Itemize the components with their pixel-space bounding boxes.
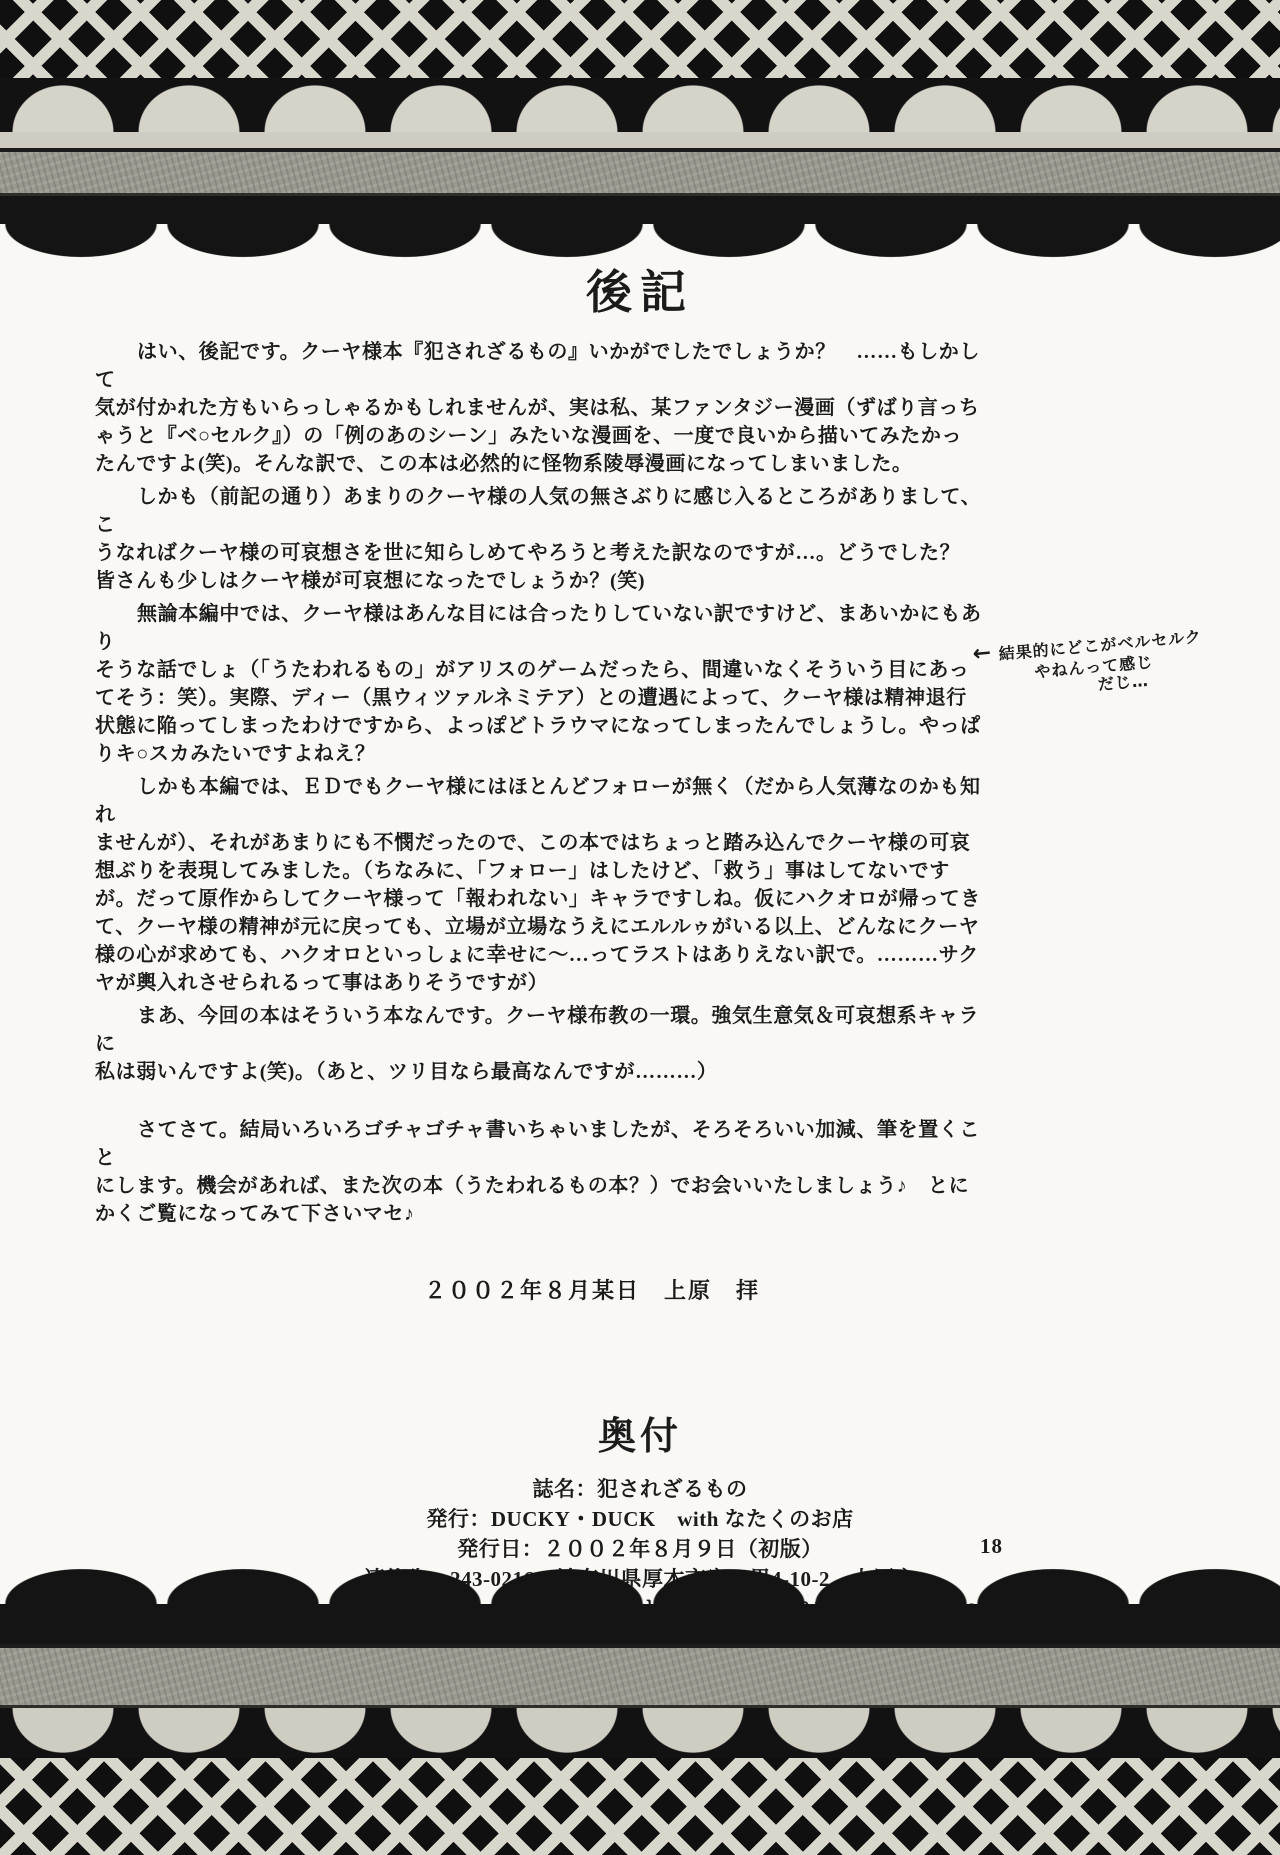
top-texture-band	[0, 148, 1280, 196]
signature-line: ２００２年８月某日 上原 拝	[0, 1274, 1232, 1305]
text-line: さてさて。結局いろいろゴチャゴチャ書いちゃいましたが、そろそろいい加減、筆を置く…	[95, 1116, 987, 1172]
page-content: 後記 はい、後記です。クーヤ様本『犯されざるもの』いかがでしたでしょうか？ ………	[0, 256, 1280, 1714]
afterword-paragraphs: はい、後記です。クーヤ様本『犯されざるもの』いかがでしたでしょうか？ ……もしか…	[95, 338, 987, 1228]
left-arrow-icon: ←	[972, 642, 993, 665]
bottom-black-band	[0, 1604, 1280, 1644]
text-line: たんですよ(笑)。そんな訳で、この本は必然的に怪物系陵辱漫画になってしまいました…	[95, 450, 987, 478]
text-line: 様の心が求めても、ハクオロといっしょに幸せに～…ってラストはありえない訳で。………	[95, 941, 987, 969]
paragraph: まあ、今回の本はそういう本なんです。クーヤ様布教の一環。強気生意気＆可哀想系キャ…	[95, 1002, 987, 1086]
text-line: て、クーヤ様の精神が元に戻っても、立場が立場なうえにエルルゥがいる以上、どんなに…	[95, 913, 987, 941]
text-line: 想ぶりを表現してみました。（ちなみに、「フォロー」はしたけど、「救う」事はしてな…	[95, 857, 987, 885]
colophon-line: 発行日：２００２年８月９日（初版）	[0, 1534, 1280, 1564]
paragraph: しかも（前記の通り）あまりのクーヤ様の人気の無さぶりに感じ入るところがありまして…	[95, 483, 987, 595]
text-line: が。だって原作からしてクーヤ様って「報われない」キャラですしね。仮にハクオロが帰…	[95, 885, 987, 913]
top-light-strip	[0, 132, 1280, 148]
text-line: にします。機会があれば、また次の本（うたわれるもの本？）でお会いいたしましょう♪…	[95, 1172, 987, 1200]
bottom-lattice-ornament	[0, 1758, 1280, 1855]
text-line: ヤが輿入れさせられるって事はありそうですが）	[95, 969, 987, 997]
top-arch-ornament	[0, 78, 1280, 132]
afterword-title: 後記	[0, 256, 1280, 322]
text-line: 状態に陥ってしまったわけですから、よっぽどトラウマになってしまったんでしょうし。…	[95, 712, 987, 740]
text-line: 気が付かれた方もいらっしゃるかもしれませんが、実は私、某ファンタジー漫画（ずばり…	[95, 394, 987, 422]
text-line: まあ、今回の本はそういう本なんです。クーヤ様布教の一環。強気生意気＆可哀想系キャ…	[95, 1002, 987, 1058]
bottom-scallop-edge	[0, 1568, 1280, 1604]
text-line: 私は弱いんですよ(笑)。（あと、ツリ目なら最高なんですが………）	[95, 1058, 987, 1086]
top-lattice-ornament	[0, 0, 1280, 78]
paragraph: はい、後記です。クーヤ様本『犯されざるもの』いかがでしたでしょうか？ ……もしか…	[95, 338, 987, 478]
page-number: 18	[980, 1534, 1003, 1559]
paragraph: さてさて。結局いろいろゴチャゴチャ書いちゃいましたが、そろそろいい加減、筆を置く…	[95, 1116, 987, 1228]
colophon-title: 奥付	[0, 1405, 1280, 1460]
text-line: そうな話でしょ（「うたわれるもの」がアリスのゲームだったら、間違いなくそういう目…	[95, 656, 987, 684]
text-line: しかも（前記の通り）あまりのクーヤ様の人気の無さぶりに感じ入るところがありまして…	[95, 483, 987, 539]
text-line: りキ○スカみたいですよねえ？	[95, 740, 987, 768]
text-line: うなればクーヤ様の可哀想さを世に知らしめてやろうと考えた訳なのですが…。どうでし…	[95, 539, 987, 567]
colophon-line: 誌名：犯されざるもの	[0, 1474, 1280, 1504]
text-line: かくご覧になってみて下さいマセ♪	[95, 1200, 987, 1228]
paragraph: 無論本編中では、クーヤ様はあんな目には合ったりしていない訳ですけど、まあいかにも…	[95, 600, 987, 768]
bottom-arch-ornament	[0, 1708, 1280, 1758]
text-line: ゃうと『ベ○セルク』）の「例のあのシーン」みたいな漫画を、一度で良いから描いてみ…	[95, 422, 987, 450]
text-line: しかも本編では、ＥＤでもクーヤ様にはほとんどフォローが無く（だから人気薄なのかも…	[95, 773, 987, 829]
colophon-line: 発行：DUCKY・DUCK with なたくのお店	[0, 1504, 1280, 1534]
text-line: ませんが）、それがあまりにも不憫だったので、この本ではちょっと踏み込んでクーヤ様…	[95, 829, 987, 857]
text-line: はい、後記です。クーヤ様本『犯されざるもの』いかがでしたでしょうか？ ……もしか…	[95, 338, 987, 394]
top-black-band	[0, 196, 1280, 224]
paragraph: しかも本編では、ＥＤでもクーヤ様にはほとんどフォローが無く（だから人気薄なのかも…	[95, 773, 987, 997]
top-scallop-edge	[0, 224, 1280, 258]
text-line: 無論本編中では、クーヤ様はあんな目には合ったりしていない訳ですけど、まあいかにも…	[95, 600, 987, 656]
bottom-texture-band	[0, 1644, 1280, 1708]
handwritten-note-lines: 結果的にどこがベルセルクやねんって感じだじ…	[998, 620, 1276, 704]
text-line: てそう：笑）。実際、ディー（黒ウィツァルネミテア）との遭遇によって、クーヤ様は精…	[95, 684, 987, 712]
text-line: 皆さんも少しはクーヤ様が可哀想になったでしょうか？(笑)	[95, 567, 987, 595]
handwritten-note: ← 結果的にどこがベルセルクやねんって感じだじ…	[972, 620, 1276, 706]
